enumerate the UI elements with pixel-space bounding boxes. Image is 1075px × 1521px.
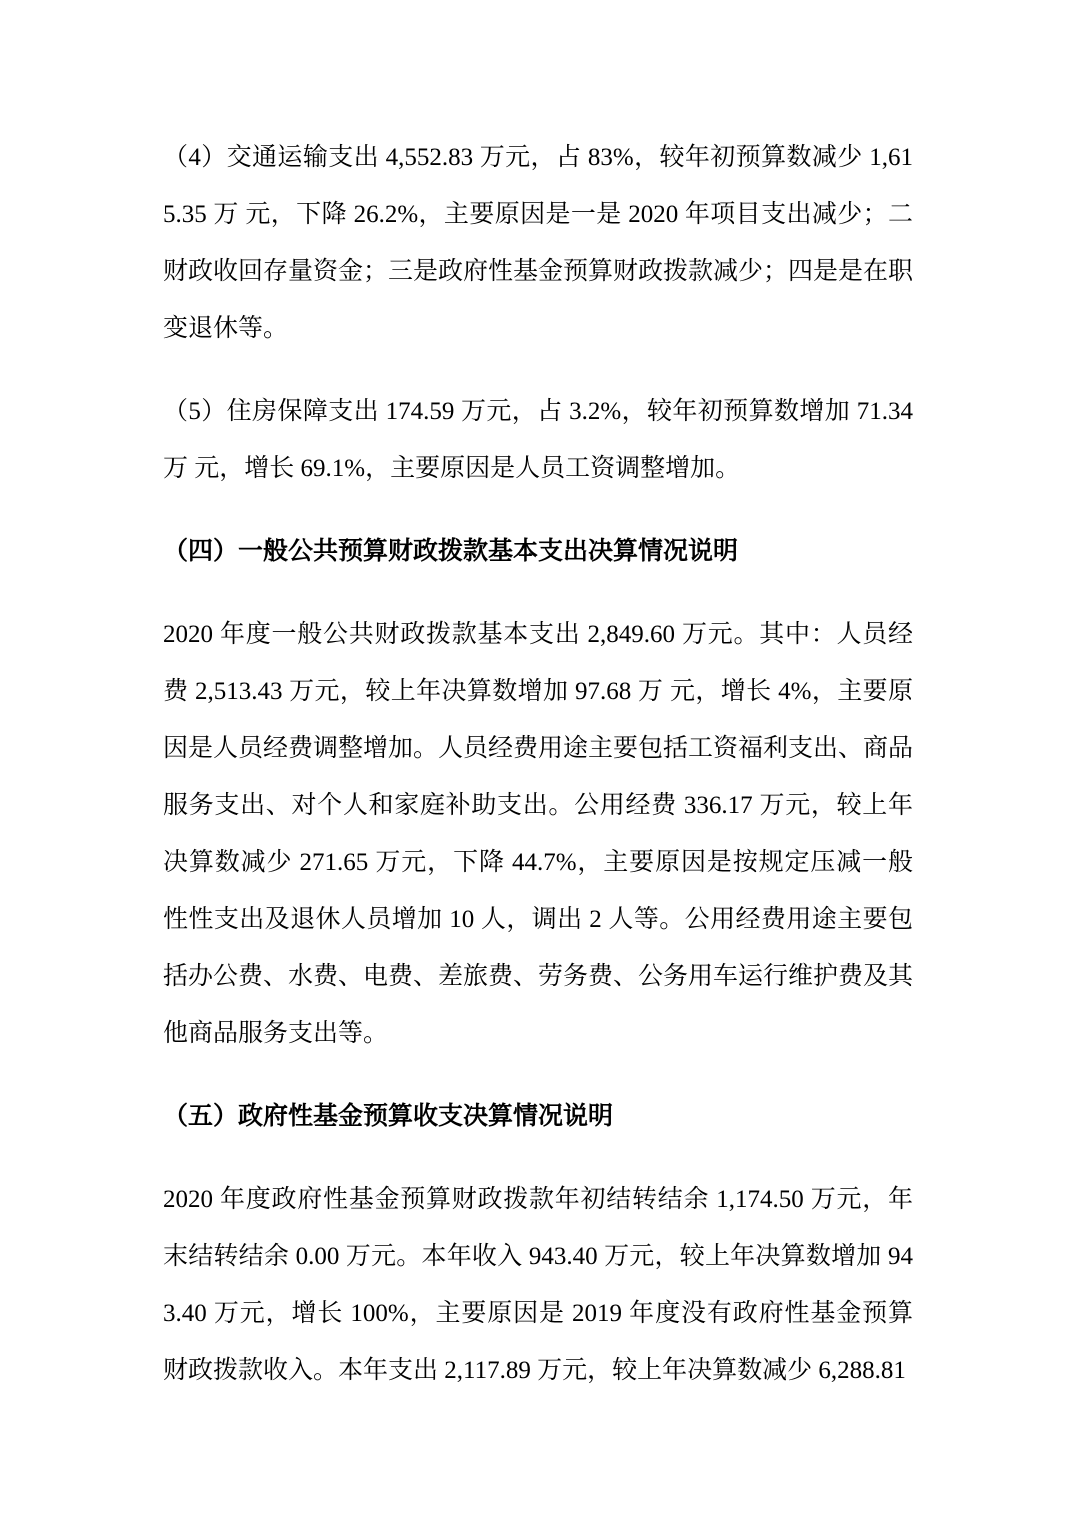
paragraph-housing-expenditure: （5）住房保障支出 174.59 万元，占 3.2%，较年初预算数增加 71.3…: [163, 383, 913, 497]
paragraph-transport-expenditure: （4）交通运输支出 4,552.83 万元，占 83%，较年初预算数减少 1,6…: [163, 129, 913, 357]
paragraph-basic-expenditure-detail: 2020 年度一般公共财政拨款基本支出 2,849.60 万元。其中：人员经费 …: [163, 606, 913, 1062]
paragraph-government-fund-detail: 2020 年度政府性基金预算财政拨款年初结转结余 1,174.50 万元，年末结…: [163, 1171, 913, 1399]
heading-section-four-basic-expenditure: （四）一般公共预算财政拨款基本支出决算情况说明: [163, 523, 913, 580]
document-page: （4）交通运输支出 4,552.83 万元，占 83%，较年初预算数减少 1,6…: [0, 0, 1075, 1521]
heading-section-five-government-fund: （五）政府性基金预算收支决算情况说明: [163, 1088, 913, 1145]
